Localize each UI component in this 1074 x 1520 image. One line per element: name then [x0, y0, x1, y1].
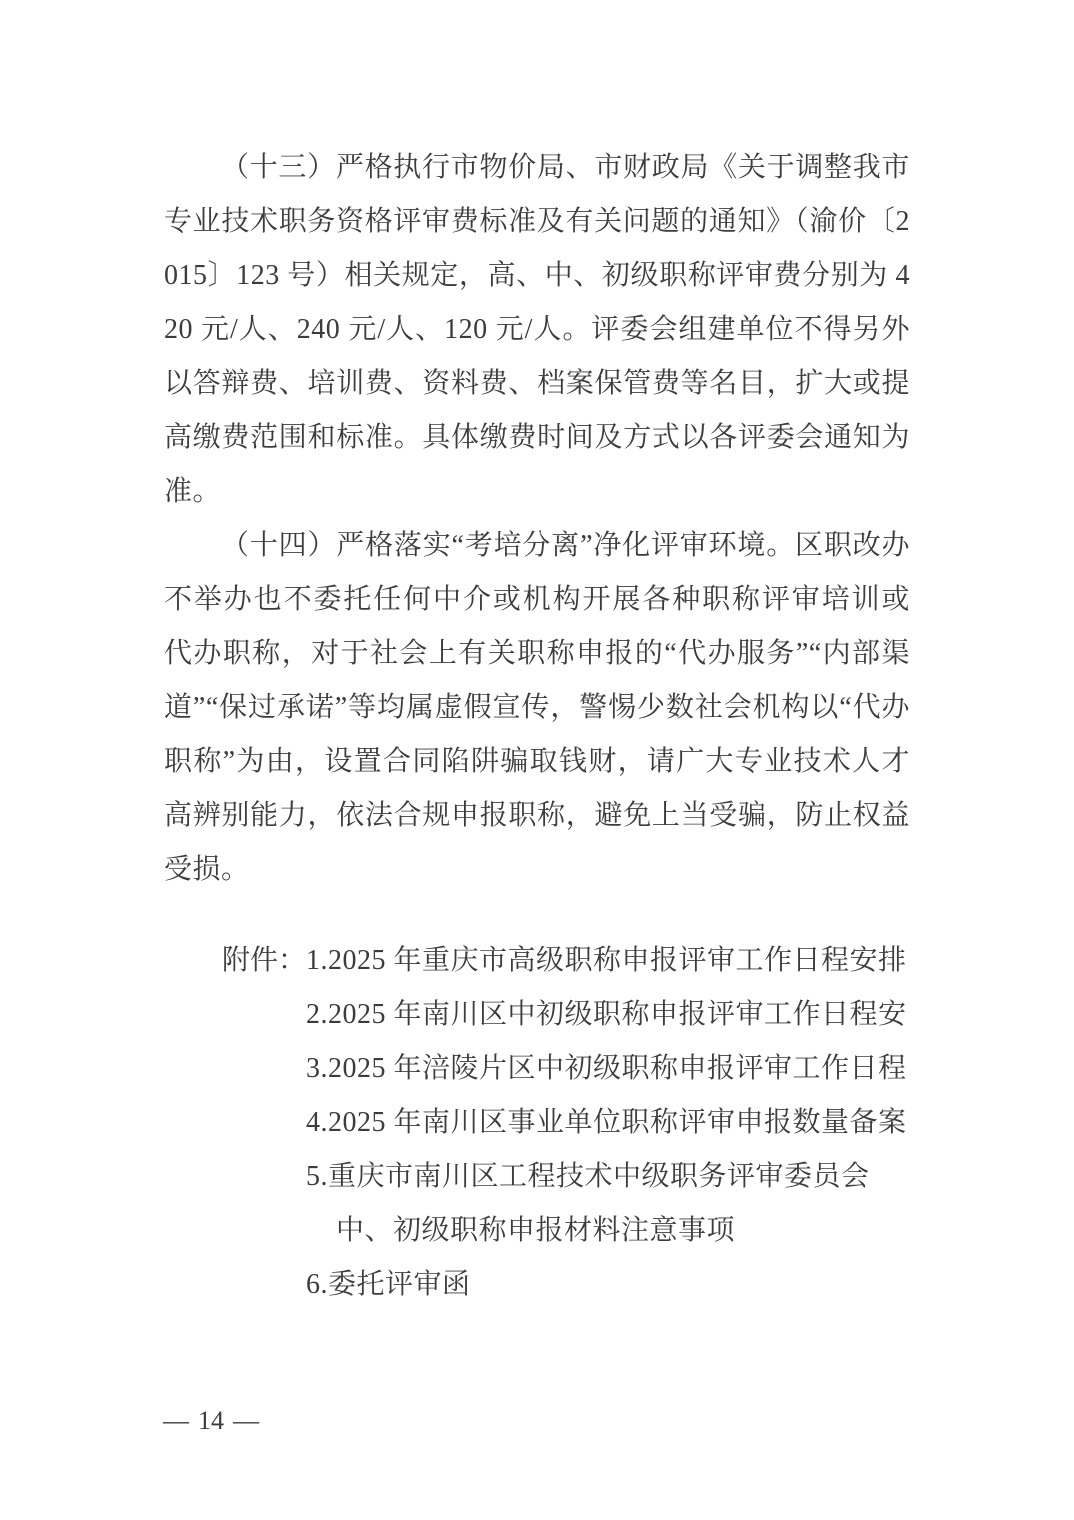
text-line: 道”“保过承诺”等均属虚假宣传，警惕少数社会机构以“代办 — [164, 681, 910, 735]
text-line: （十四）严格落实“考培分离”净化评审环境。区职改办 — [164, 519, 910, 573]
text-line: 高辨别能力，依法合规申报职称，避免上当受骗，防止权益 — [164, 789, 910, 843]
page-footer: — 14 — — [163, 1406, 259, 1436]
attachment-item: 1.2025 年重庆市高级职称申报评审工作日程安排 — [306, 934, 910, 988]
footer-dash-right: — — [233, 1406, 259, 1436]
text-line: 20 元/人、240 元/人、120 元/人。评委会组建单位不得另外 — [164, 303, 910, 357]
text-line: 专业技术职务资格评审费标准及有关问题的通知》（渝价〔2 — [164, 195, 910, 249]
text-line: 准。 — [164, 465, 910, 519]
text-line: 不举办也不委托任何中介或机构开展各种职称评审培训或 — [164, 573, 910, 627]
paragraph-clause-13: （十三）严格执行市物价局、市财政局《关于调整我市专业技术职务资格评审费标准及有关… — [164, 141, 910, 519]
text-line: 代办职称，对于社会上有关职称申报的“代办服务”“内部渠 — [164, 627, 910, 681]
attachments-section: 附件： 1.2025 年重庆市高级职称申报评审工作日程安排2.2025 年南川区… — [164, 934, 910, 1312]
text-line: 015〕123 号）相关规定，高、中、初级职称评审费分别为 4 — [164, 249, 910, 303]
attachment-item: 4.2025 年南川区事业单位职称评审申报数量备案表 — [306, 1096, 910, 1150]
attachment-item: 2.2025 年南川区中初级职称申报评审工作日程安排 — [306, 988, 910, 1042]
attachment-item: 中、初级职称申报材料注意事项 — [306, 1204, 910, 1258]
text-line: 以答辩费、培训费、资料费、档案保管费等名目，扩大或提 — [164, 357, 910, 411]
document-body: （十三）严格执行市物价局、市财政局《关于调整我市专业技术职务资格评审费标准及有关… — [164, 141, 910, 1312]
text-line: 受损。 — [164, 843, 910, 897]
text-line: 职称”为由，设置合同陷阱骗取钱财，请广大专业技术人才提 — [164, 735, 910, 789]
text-line: （十三）严格执行市物价局、市财政局《关于调整我市 — [164, 141, 910, 195]
footer-dash-left: — — [163, 1406, 189, 1436]
document-page: （十三）严格执行市物价局、市财政局《关于调整我市专业技术职务资格评审费标准及有关… — [0, 0, 1074, 1520]
text-line: 高缴费范围和标准。具体缴费时间及方式以各评委会通知为 — [164, 411, 910, 465]
attachments-label: 附件： — [222, 934, 306, 1312]
page-number: 14 — [198, 1406, 224, 1436]
attachments-list: 1.2025 年重庆市高级职称申报评审工作日程安排2.2025 年南川区中初级职… — [306, 934, 910, 1312]
attachment-item: 5.重庆市南川区工程技术中级职务评审委员会 — [306, 1150, 910, 1204]
attachment-item: 3.2025 年涪陵片区中初级职称申报评审工作日程安排 — [306, 1042, 910, 1096]
attachment-item: 6.委托评审函 — [306, 1258, 910, 1312]
paragraph-clause-14: （十四）严格落实“考培分离”净化评审环境。区职改办不举办也不委托任何中介或机构开… — [164, 519, 910, 897]
